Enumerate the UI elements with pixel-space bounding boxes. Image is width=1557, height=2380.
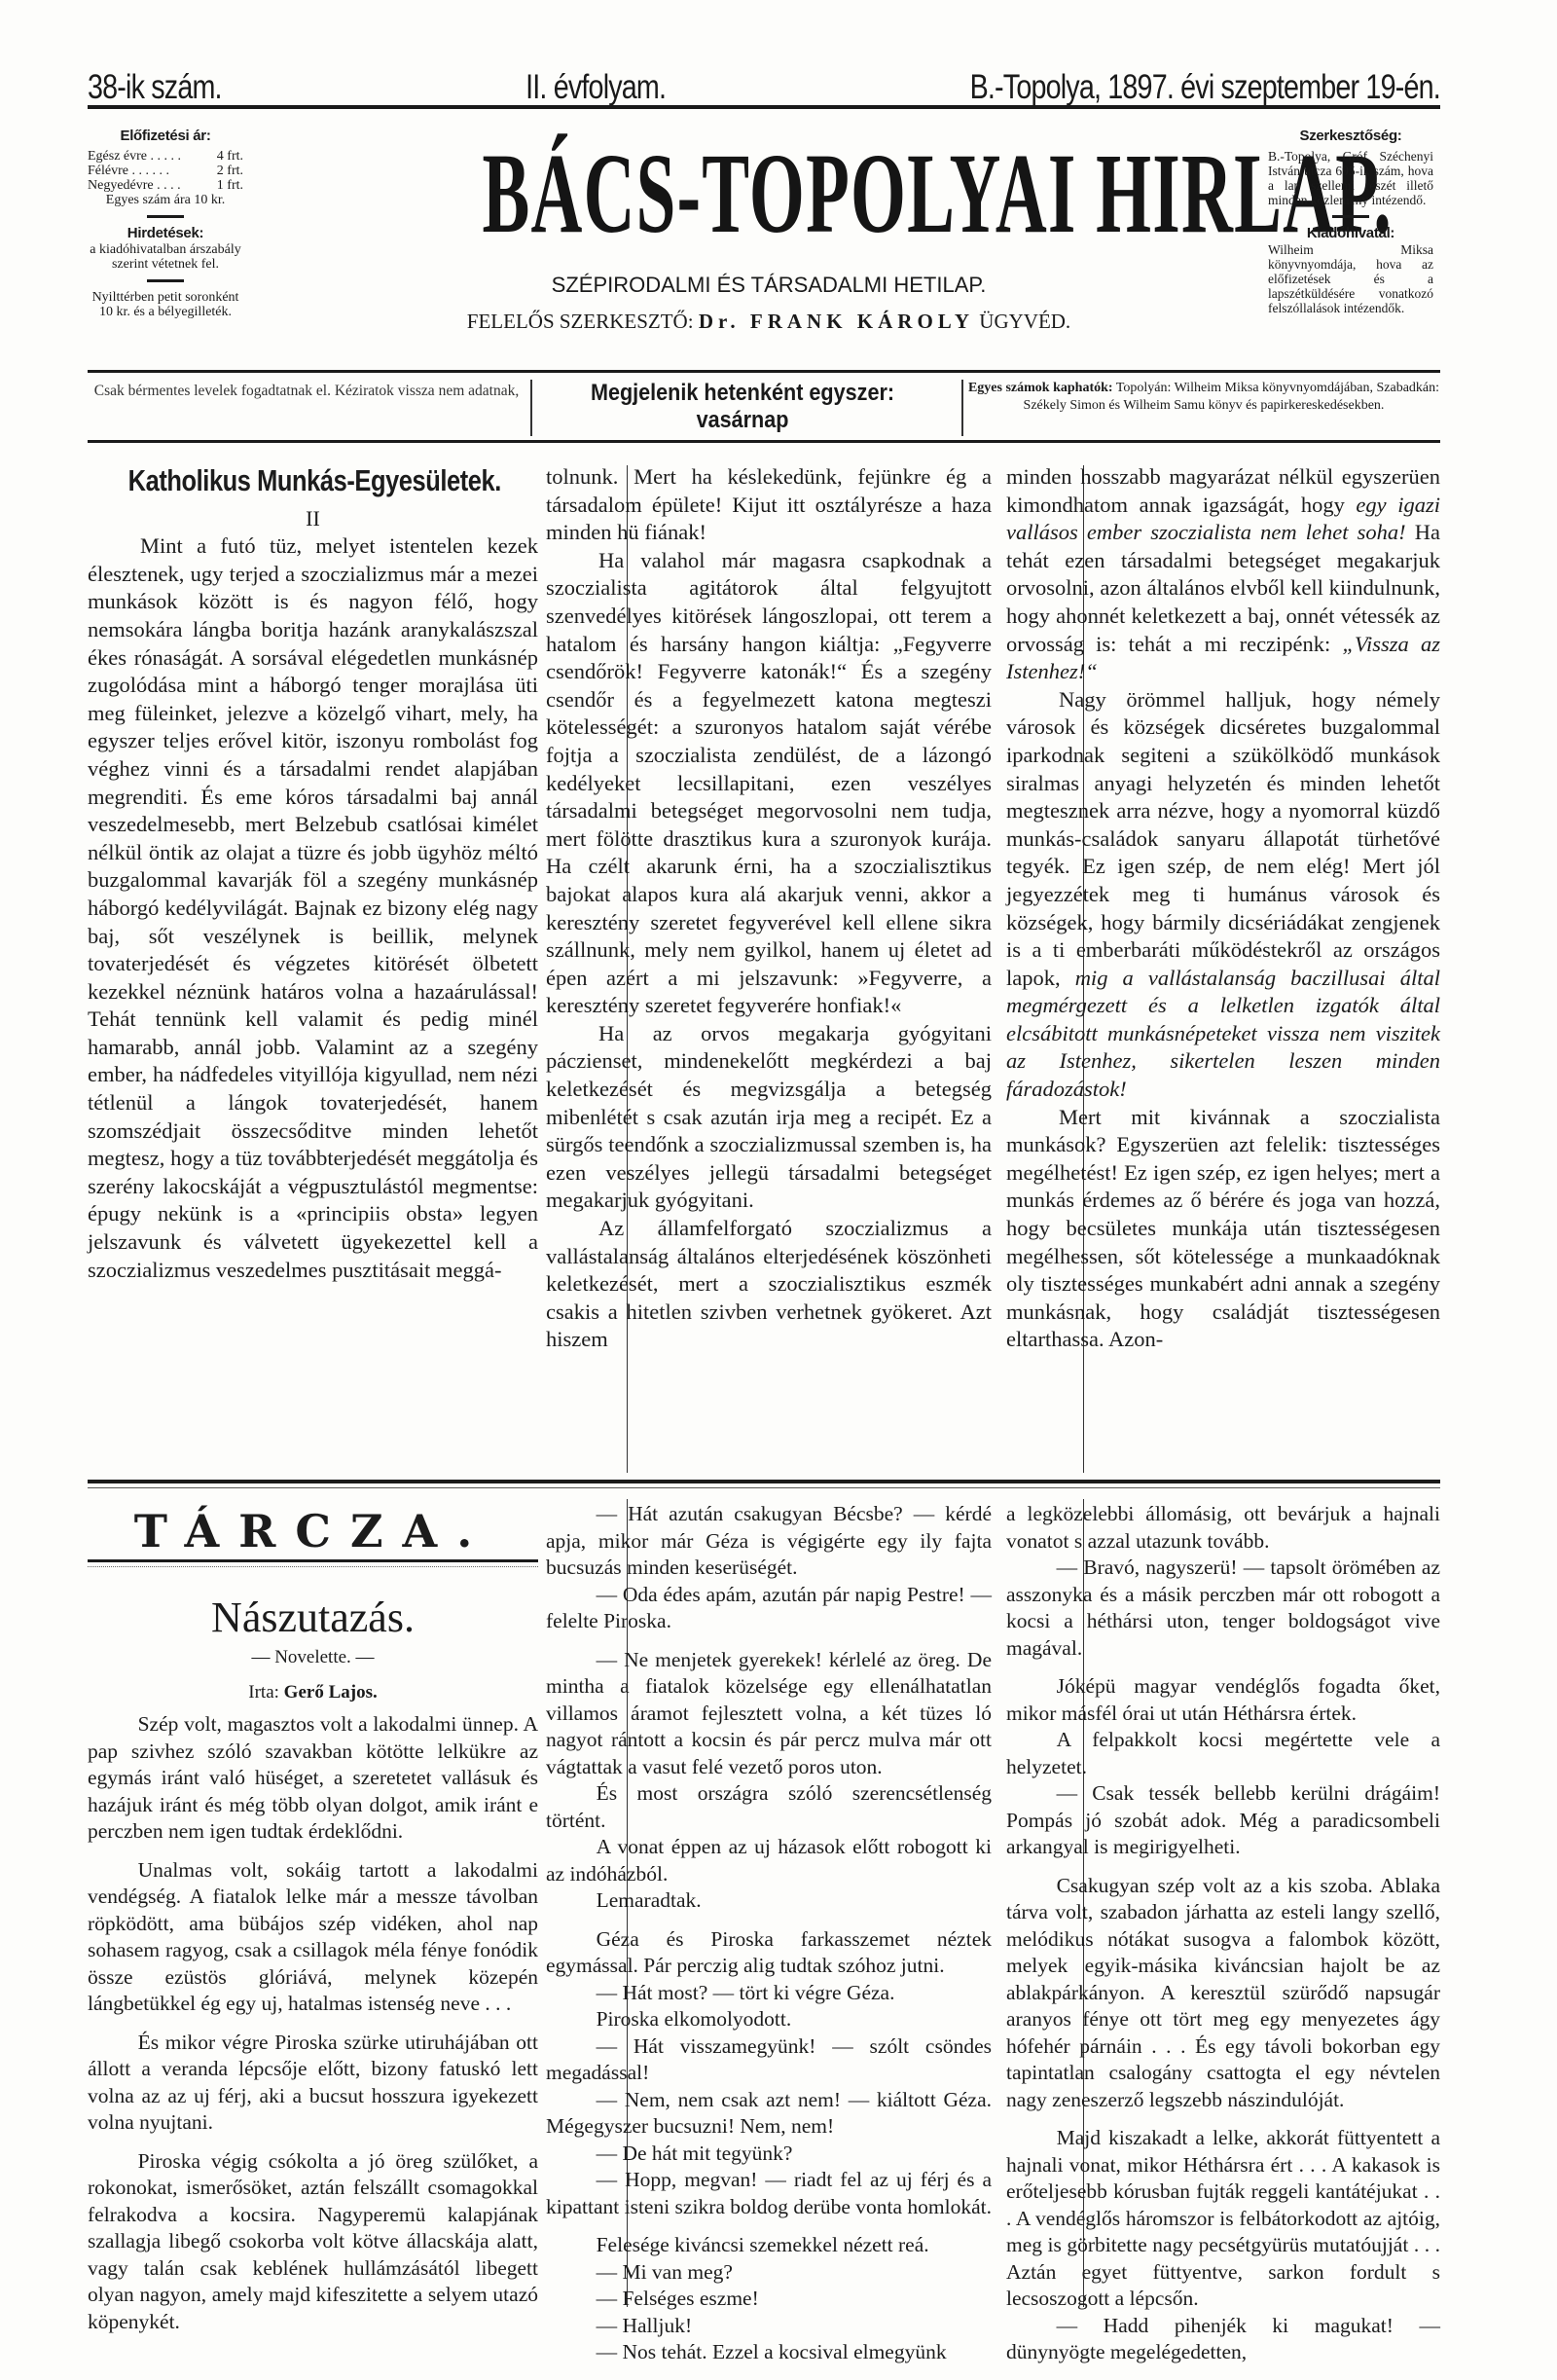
heading-rule-dotted [88, 1566, 538, 1567]
paragraph: Piroska végig csókolta a jó öreg szülőke… [88, 2148, 538, 2336]
price-row: Egész évre . . . . .4 frt. [88, 149, 243, 164]
price-row: Negyedévre . . . .1 frt. [88, 178, 243, 193]
issue-line: 38-ik szám. II. évfolyam. B.-Topolya, 18… [88, 56, 1440, 107]
editorial-address: B.-Topolya, Gróf Széchenyi István utcza … [1268, 149, 1433, 207]
paragraph: — Nem, nem csak azt nem! — kiáltott Géza… [546, 2087, 992, 2141]
story-title: Nászutazás. [88, 1604, 538, 1631]
feuilleton-column-3: a legközelebbi állomásig, ott bevárjuk a… [1006, 1501, 1440, 2366]
heading-rule [88, 1559, 538, 1562]
article-column-1: Katholikus Munkás-Egyesületek. II Mint a… [88, 461, 538, 1284]
paragraph: — Hopp, megvan! — riadt fel az uj férj é… [546, 2167, 992, 2220]
editor-label: FELELŐS SZERKESZTŐ: [467, 310, 694, 333]
paragraph: — Ne menjetek gyerekek! kérlelé az öreg.… [546, 1647, 992, 1781]
feuilleton-column-2: — Hát azután csakugyan Bécsbe? — kérdé a… [546, 1501, 992, 2366]
volume: II. évfolyam. [525, 68, 666, 107]
newspaper-page: 38-ik szám. II. évfolyam. B.-Topolya, 18… [88, 0, 1440, 2380]
paragraph: — Csak tessék bellebb kerülni drágáim! P… [1006, 1780, 1440, 1861]
place-date: B.-Topolya, 1897. évi szeptember 19-én. [970, 68, 1440, 107]
article-title: Katholikus Munkás-Egyesületek. [128, 467, 498, 495]
paragraph: — Hadd pihenjék ki magukat! — dünynyögte… [1006, 2313, 1440, 2366]
subscription-box: Előfizetési ár: Egész évre . . . . .4 fr… [88, 128, 243, 319]
story-author: Irta: Gerő Lajos. [88, 1679, 538, 1706]
paragraph: tolnunk. Mert ha késlekedünk, fejünkre é… [546, 463, 992, 547]
sales-label: Egyes számok kaphatók: [968, 381, 1113, 395]
paragraph: — Hát most? — tört ki végre Géza. [546, 1980, 992, 2007]
paragraph: Nagy örömmel halljuk, hogy némely városo… [1006, 686, 1440, 1104]
article-column-3: minden hosszabb magyarázat nélkül egysze… [1006, 463, 1440, 1354]
paragraph: — Bravó, nagyszerü! — tapsolt örömében a… [1006, 1555, 1440, 1662]
paragraph: Unalmas volt, sokáig tartott a lakodalmi… [88, 1857, 538, 2018]
paragraph: Mert mit kivánnak a szoczialista munkáso… [1006, 1104, 1440, 1354]
paragraph: Piroska elkomolyodott. [546, 2006, 992, 2033]
publisher-heading: Kiadóhivatal: [1268, 226, 1433, 240]
paragraph: Lemaradtak. [546, 1887, 992, 1915]
divider [147, 279, 184, 282]
strip-rule [88, 440, 1440, 443]
paragraph: — Halljuk! [546, 2313, 992, 2340]
paragraph: — Hát azután csakugyan Bécsbe? — kérdé a… [546, 1501, 992, 1582]
paragraph: És most országra szóló szerencsétlenség … [546, 1780, 992, 1834]
paragraph: Jóképü magyar vendéglős fogadta őket, mi… [1006, 1673, 1440, 1727]
paragraph: — De hát mit tegyünk? [546, 2141, 992, 2168]
paragraph: — Felséges eszme! [546, 2286, 992, 2313]
section-rule [88, 1480, 1440, 1483]
publisher-text: Wilheim Miksa könyvnyomdája, hova az elő… [1268, 242, 1433, 315]
paragraph: Mint a futó tüz, melyet istentelen kezek… [88, 532, 538, 1284]
paragraph: Felesége kiváncsi szemekkel nézett reá. [546, 2232, 992, 2259]
paragraph: Majd kiszakadt a lelke, akkorát füttyent… [1006, 2125, 1440, 2313]
masthead-title: BÁCS-TOPOLYAI HIRLAP. [483, 136, 1056, 251]
feuilleton-column-1: TÁRCZA. Nászutazás. — Novelette. — Irta:… [88, 1499, 538, 2335]
editorial-office-box: Szerkesztőség: B.-Topolya, Gróf Szécheny… [1268, 128, 1433, 315]
feuilleton-heading: TÁRCZA. [88, 1499, 538, 1559]
single-price: Egyes szám ára 10 kr. [88, 193, 243, 207]
paragraph: — Hát visszamegyünk! — szólt csöndes meg… [546, 2033, 992, 2087]
strip-divider [961, 380, 963, 436]
subscription-heading: Előfizetési ár: [88, 128, 243, 143]
paragraph: minden hosszabb magyarázat nélkül egysze… [1006, 463, 1440, 686]
masthead-subtitle: SZÉPIRODALMI ÉS TÁRSADALMI HETILAP. [326, 273, 1212, 298]
issue-number: 38-ik szám. [88, 68, 222, 107]
paragraph: — Oda édes apám, azután pár napig Pestre… [546, 1582, 992, 1635]
article-part: II [88, 505, 538, 533]
paragraph: Csakugyan szép volt az a kis szoba. Abla… [1006, 1873, 1440, 2114]
responsible-editor: FELELŐS SZERKESZTŐ: Dr. FRANK KÁROLY ÜGY… [326, 310, 1212, 334]
paragraph: a legközelebbi állomásig, ott bevárjuk a… [1006, 1501, 1440, 1555]
ads-text: a kiadóhivatalban árszabály szerint véte… [88, 242, 243, 272]
price-row: Félévre . . . . . .2 frt. [88, 164, 243, 178]
editor-name: Dr. FRANK KÁROLY [699, 310, 974, 333]
divider [147, 215, 184, 218]
section-rule-thin [88, 1487, 1440, 1488]
letters-notice: Csak bérmentes levelek fogadtatnak el. K… [88, 376, 525, 436]
paragraph: A vonat éppen az uj házasok előtt robogo… [546, 1834, 992, 1887]
story-genre: — Novelette. — [88, 1644, 538, 1671]
paragraph: — Mi van meg? [546, 2259, 992, 2287]
strip-divider [530, 380, 532, 436]
article-column-2: tolnunk. Mert ha késlekedünk, fejünkre é… [546, 463, 992, 1354]
paragraph: Géza és Piroska farkasszemet néztek egym… [546, 1926, 992, 1980]
paragraph: Szép volt, magasztos volt a lakodalmi ün… [88, 1711, 538, 1846]
top-rule [88, 105, 1440, 109]
masthead-rule [88, 370, 1440, 373]
editor-title: ÜGYVÉD. [979, 310, 1070, 333]
open-space-text: Nyilttérben petit soronként 10 kr. és a … [88, 290, 243, 319]
paragraph: — Nos tehát. Ezzel a kocsival elmegyünk [546, 2339, 992, 2366]
sales-points: Egyes számok kaphatók: Topolyán: Wilheim… [967, 376, 1440, 436]
paragraph: Ha az orvos megakarja gyógyitani páczien… [546, 1020, 992, 1215]
paragraph: És mikor végre Piroska szürke utiruhájáb… [88, 2030, 538, 2137]
divider [1332, 215, 1369, 218]
editorial-heading: Szerkesztőség: [1268, 128, 1433, 143]
paragraph: A felpakkolt kocsi megértette vele a hel… [1006, 1727, 1440, 1780]
paragraph: Az államfelforgató szoczializmus a vallá… [546, 1215, 992, 1354]
paragraph: Ha valahol már magasra csapkodnak a szoc… [546, 547, 992, 1020]
publication-frequency: Megjelenik hetenként egyszer: vasárnap [555, 376, 931, 436]
ads-heading: Hirdetések: [88, 226, 243, 240]
